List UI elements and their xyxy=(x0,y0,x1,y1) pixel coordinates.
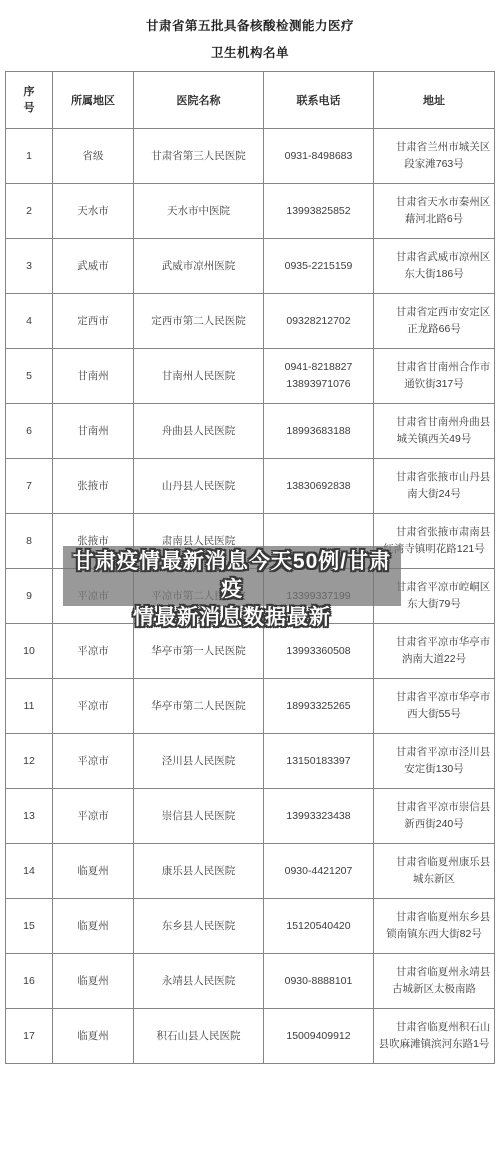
cell-hospital-name: 舟曲县人民医院 xyxy=(134,404,264,459)
cell-region: 定西市 xyxy=(53,294,134,349)
cell-index: 9 xyxy=(6,569,53,624)
cell-address: 甘肃省兰州市城关区段家滩763号 xyxy=(374,129,495,184)
cell-index: 8 xyxy=(6,514,53,569)
cell-index: 15 xyxy=(6,899,53,954)
cell-region: 省级 xyxy=(53,129,134,184)
cell-hospital-name: 甘肃省第三人民医院 xyxy=(134,129,264,184)
cell-index: 12 xyxy=(6,734,53,789)
header-region: 所属地区 xyxy=(53,72,134,129)
cell-address: 甘肃省张掖市山丹县南大街24号 xyxy=(374,459,495,514)
header-address: 地址 xyxy=(374,72,495,129)
table-row: 16 临夏州 永靖县人民医院 0930-8888101 甘肃省临夏州永靖县古城新… xyxy=(6,954,495,1009)
cell-phone: 13830692838 xyxy=(264,459,374,514)
cell-phone: 0930-8888101 xyxy=(264,954,374,1009)
cell-hospital-name: 山丹县人民医院 xyxy=(134,459,264,514)
cell-region: 武威市 xyxy=(53,239,134,294)
cell-index: 13 xyxy=(6,789,53,844)
cell-index: 4 xyxy=(6,294,53,349)
watermark-line-1: 甘肃疫情最新消息今天50例/甘肃疫 xyxy=(63,548,401,604)
cell-region: 平凉市 xyxy=(53,679,134,734)
header-index: 序号 xyxy=(6,72,53,129)
cell-phone: 0935-2215159 xyxy=(264,239,374,294)
cell-address: 甘肃省平凉市华亭市西大街55号 xyxy=(374,679,495,734)
document-title: 甘肃省第五批具备核酸检测能力医疗 卫生机构名单 xyxy=(0,0,500,67)
cell-region: 天水市 xyxy=(53,184,134,239)
cell-index: 16 xyxy=(6,954,53,1009)
cell-address: 甘肃省平凉市崇信县新西街240号 xyxy=(374,789,495,844)
cell-index: 11 xyxy=(6,679,53,734)
cell-address: 甘肃省天水市秦州区藉河北路6号 xyxy=(374,184,495,239)
cell-phone: 0930-4421207 xyxy=(264,844,374,899)
cell-address: 甘肃省临夏州永靖县古城新区太极南路 xyxy=(374,954,495,1009)
table-row: 6 甘南州 舟曲县人民医院 18993683188 甘肃省甘南州舟曲县城关镇西关… xyxy=(6,404,495,459)
cell-phone: 18993683188 xyxy=(264,404,374,459)
table-row: 7 张掖市 山丹县人民医院 13830692838 甘肃省张掖市山丹县南大街24… xyxy=(6,459,495,514)
cell-index: 14 xyxy=(6,844,53,899)
cell-index: 5 xyxy=(6,349,53,404)
table-row: 11 平凉市 华亭市第二人民医院 18993325265 甘肃省平凉市华亭市西大… xyxy=(6,679,495,734)
table-row: 17 临夏州 积石山县人民医院 15009409912 甘肃省临夏州积石山县吹麻… xyxy=(6,1009,495,1064)
document-page: 甘肃省第五批具备核酸检测能力医疗 卫生机构名单 序号 所属地区 医院名称 联系电… xyxy=(0,0,500,1157)
cell-hospital-name: 甘南州人民医院 xyxy=(134,349,264,404)
table-row: 15 临夏州 东乡县人民医院 15120540420 甘肃省临夏州东乡县锁南镇东… xyxy=(6,899,495,954)
cell-hospital-name: 东乡县人民医院 xyxy=(134,899,264,954)
cell-address: 甘肃省临夏州东乡县锁南镇东西大街82号 xyxy=(374,899,495,954)
cell-index: 2 xyxy=(6,184,53,239)
cell-index: 17 xyxy=(6,1009,53,1064)
cell-region: 临夏州 xyxy=(53,844,134,899)
cell-region: 张掖市 xyxy=(53,459,134,514)
table-header-row: 序号 所属地区 医院名称 联系电话 地址 xyxy=(6,72,495,129)
table-row: 13 平凉市 崇信县人民医院 13993323438 甘肃省平凉市崇信县新西街2… xyxy=(6,789,495,844)
cell-index: 3 xyxy=(6,239,53,294)
cell-phone: 15009409912 xyxy=(264,1009,374,1064)
cell-hospital-name: 武威市凉州医院 xyxy=(134,239,264,294)
cell-hospital-name: 天水市中医院 xyxy=(134,184,264,239)
cell-phone: 18993325265 xyxy=(264,679,374,734)
cell-index: 1 xyxy=(6,129,53,184)
table-row: 2 天水市 天水市中医院 13993825852 甘肃省天水市秦州区藉河北路6号 xyxy=(6,184,495,239)
cell-phone: 13993825852 xyxy=(264,184,374,239)
cell-region: 甘南州 xyxy=(53,349,134,404)
cell-address: 甘肃省临夏州康乐县城东新区 xyxy=(374,844,495,899)
cell-phone: 0941-8218827 13893971076 xyxy=(264,349,374,404)
table-row: 3 武威市 武威市凉州医院 0935-2215159 甘肃省武威市凉州区东大街1… xyxy=(6,239,495,294)
cell-address: 甘肃省武威市凉州区东大街186号 xyxy=(374,239,495,294)
table-row: 1 省级 甘肃省第三人民医院 0931-8498683 甘肃省兰州市城关区段家滩… xyxy=(6,129,495,184)
cell-address: 甘肃省定西市安定区正龙路66号 xyxy=(374,294,495,349)
title-line-2: 卫生机构名单 xyxy=(0,40,500,67)
cell-index: 7 xyxy=(6,459,53,514)
table-row: 5 甘南州 甘南州人民医院 0941-8218827 13893971076 甘… xyxy=(6,349,495,404)
cell-region: 甘南州 xyxy=(53,404,134,459)
cell-hospital-name: 定西市第二人民医院 xyxy=(134,294,264,349)
cell-address: 甘肃省甘南州合作市通钦街317号 xyxy=(374,349,495,404)
cell-hospital-name: 永靖县人民医院 xyxy=(134,954,264,1009)
cell-region: 平凉市 xyxy=(53,734,134,789)
cell-region: 临夏州 xyxy=(53,899,134,954)
cell-index: 6 xyxy=(6,404,53,459)
cell-phone: 13993323438 xyxy=(264,789,374,844)
cell-region: 临夏州 xyxy=(53,954,134,1009)
table-row: 12 平凉市 泾川县人民医院 13150183397 甘肃省平凉市泾川县安定街1… xyxy=(6,734,495,789)
cell-region: 临夏州 xyxy=(53,1009,134,1064)
cell-hospital-name: 华亭市第二人民医院 xyxy=(134,679,264,734)
cell-hospital-name: 崇信县人民医院 xyxy=(134,789,264,844)
cell-hospital-name: 积石山县人民医院 xyxy=(134,1009,264,1064)
watermark-line-2: 情最新消息数据最新 xyxy=(63,604,401,632)
title-line-1: 甘肃省第五批具备核酸检测能力医疗 xyxy=(0,13,500,40)
cell-address: 甘肃省甘南州舟曲县城关镇西关49号 xyxy=(374,404,495,459)
table-row: 14 临夏州 康乐县人民医院 0930-4421207 甘肃省临夏州康乐县城东新… xyxy=(6,844,495,899)
header-hospital-name: 医院名称 xyxy=(134,72,264,129)
cell-index: 10 xyxy=(6,624,53,679)
cell-hospital-name: 康乐县人民医院 xyxy=(134,844,264,899)
cell-address: 甘肃省临夏州积石山县吹麻滩镇滨河东路1号 xyxy=(374,1009,495,1064)
cell-phone: 09328212702 xyxy=(264,294,374,349)
cell-address: 甘肃省平凉市泾川县安定街130号 xyxy=(374,734,495,789)
cell-phone: 15120540420 xyxy=(264,899,374,954)
watermark-overlay-text: 甘肃疫情最新消息今天50例/甘肃疫 情最新消息数据最新 xyxy=(63,546,401,606)
cell-region: 平凉市 xyxy=(53,789,134,844)
header-phone: 联系电话 xyxy=(264,72,374,129)
cell-hospital-name: 泾川县人民医院 xyxy=(134,734,264,789)
cell-phone: 0931-8498683 xyxy=(264,129,374,184)
cell-phone: 13150183397 xyxy=(264,734,374,789)
table-row: 4 定西市 定西市第二人民医院 09328212702 甘肃省定西市安定区正龙路… xyxy=(6,294,495,349)
